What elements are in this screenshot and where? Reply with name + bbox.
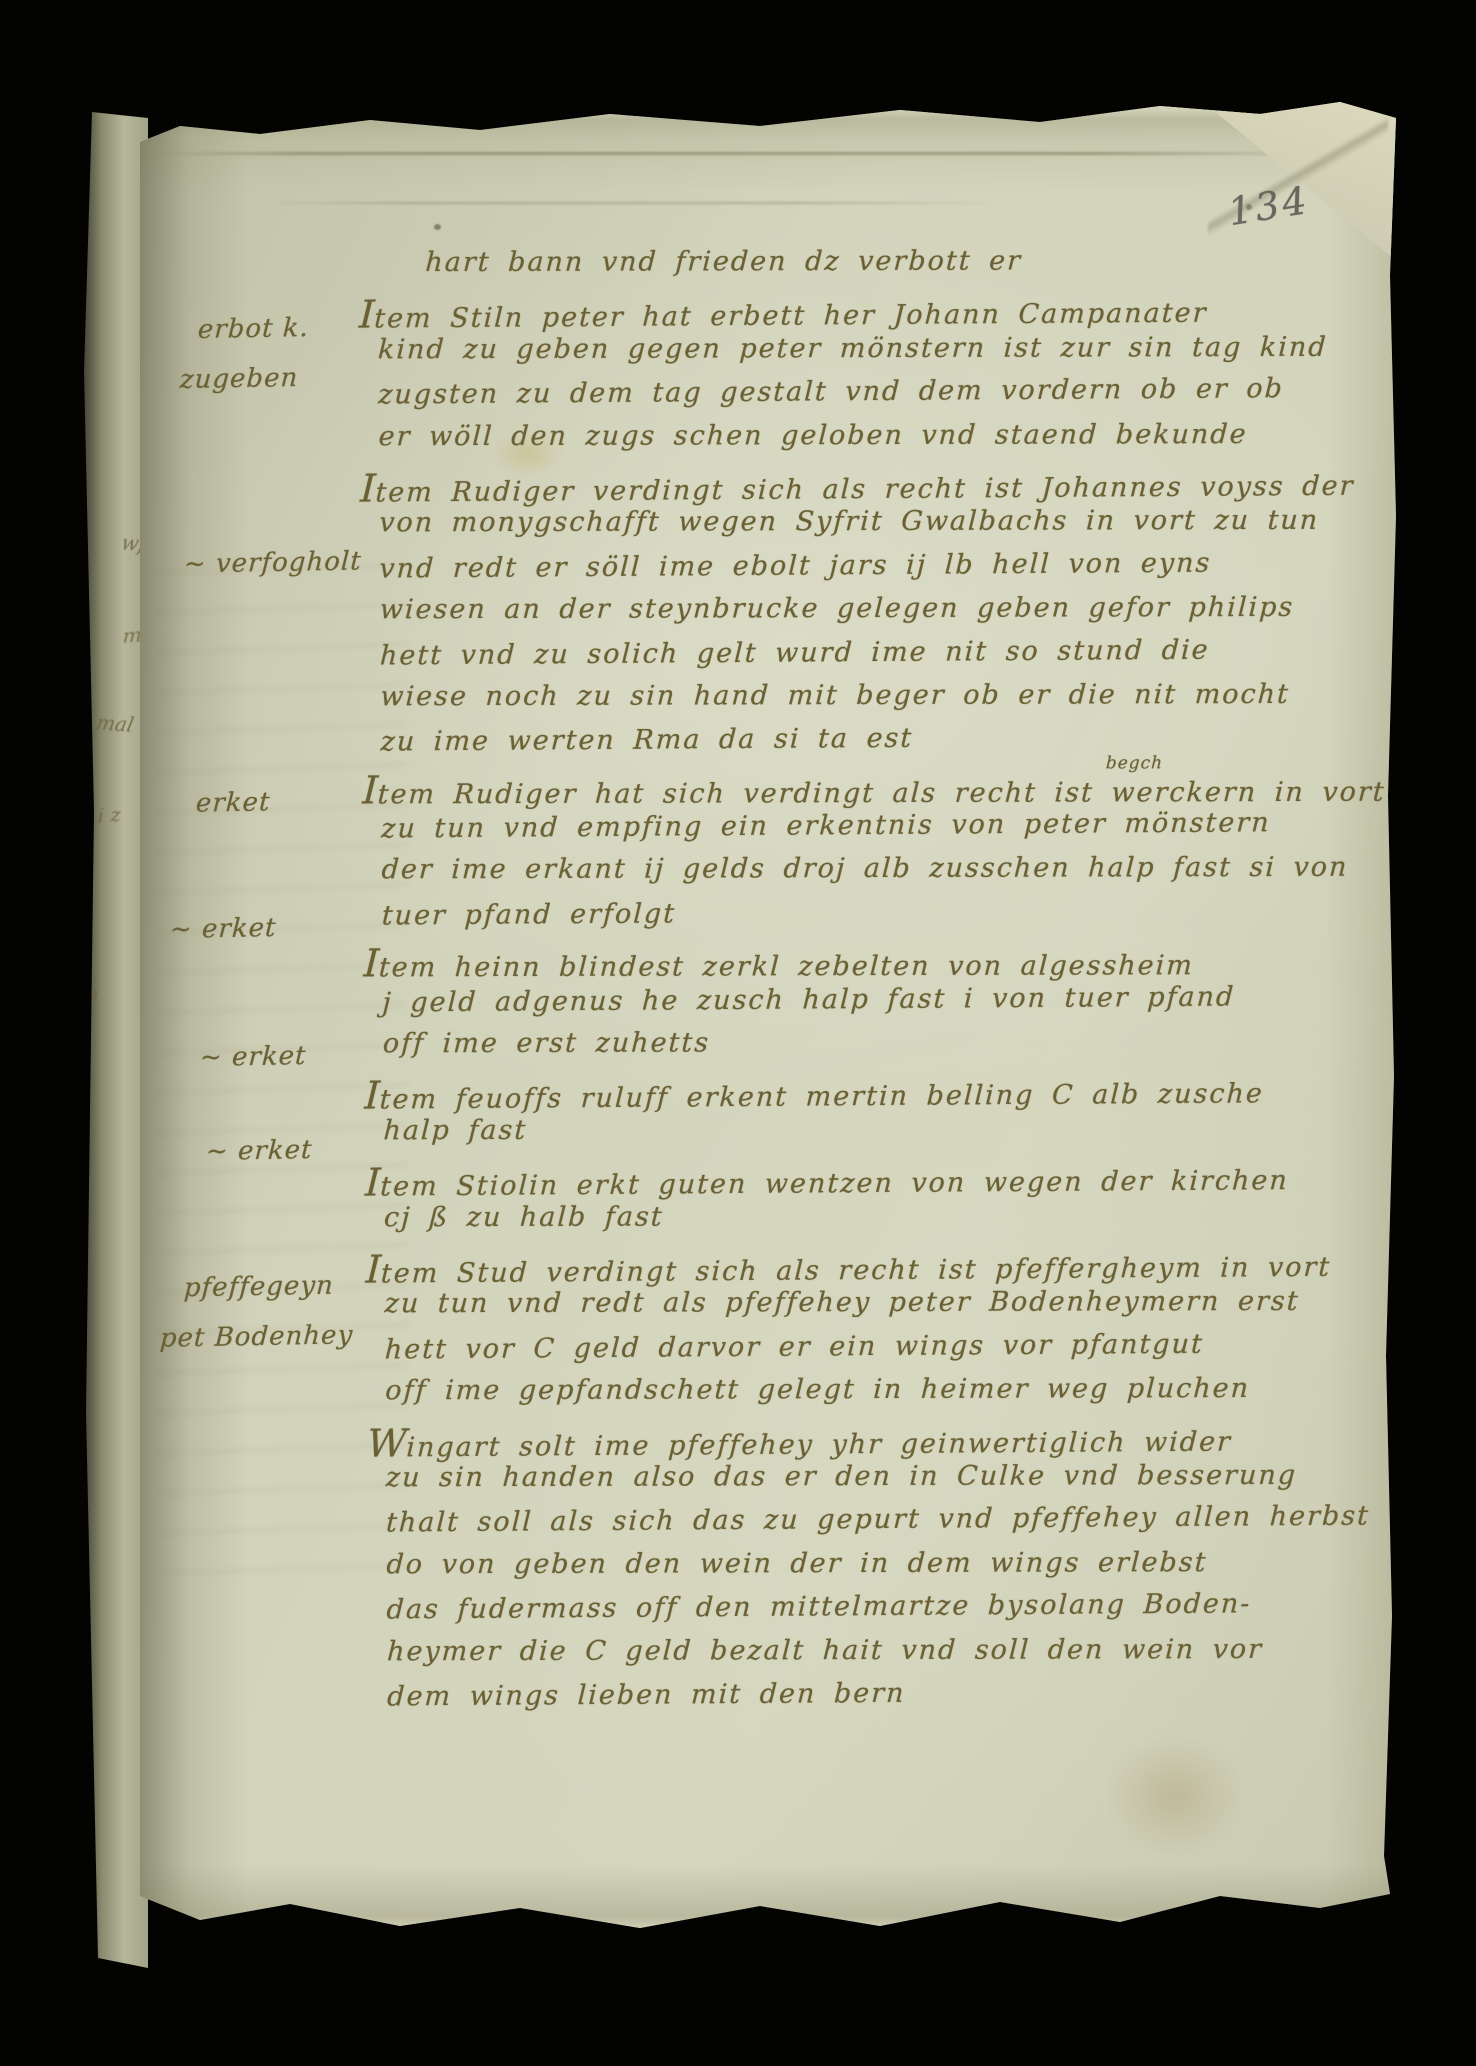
manuscript-line: wiese noch zu sin hand mit beger ob er d… bbox=[379, 679, 1381, 725]
previous-page-edge: ngsylzfwwffmwmali zfnbfzmljfnts bbox=[84, 112, 148, 1968]
manuscript-line: Item Rudiger hat sich verdingt als recht… bbox=[362, 765, 1382, 811]
margin-note: ~ erket bbox=[205, 1135, 313, 1167]
manuscript-line: Item heinn blindest zerkl zebelten von a… bbox=[363, 939, 1383, 985]
manuscript-line-text: do von geben den wein der in dem wings e… bbox=[386, 1547, 1209, 1580]
manuscript-line-text: zu tun vnd empfing ein erkentnis von pet… bbox=[381, 807, 1272, 844]
manuscript-line-text: Wingart solt ime pfeffehey yhr geinwerti… bbox=[366, 1426, 1232, 1463]
manuscript-line-text: halp fast bbox=[383, 1115, 528, 1146]
manuscript-line-text: kind zu geben gegen peter mönstern ist z… bbox=[377, 332, 1328, 365]
manuscript-line-text: Item Stiolin erkt guten wentzen von wege… bbox=[364, 1165, 1289, 1202]
manuscript-line: tuer pfand erfolgt bbox=[381, 893, 1383, 943]
spine-text-fragment: jf bbox=[18, 1250, 78, 1278]
manuscript-line: zu ime werten Rma da si ta est bbox=[379, 720, 1381, 770]
manuscript-line: do von geben den wein der in dem wings e… bbox=[385, 1546, 1387, 1592]
manuscript-line: zu tun vnd empfing ein erkentnis von pet… bbox=[380, 807, 1382, 857]
manuscript-line-text: das fudermass off den mittelmartze bysol… bbox=[386, 1589, 1252, 1626]
manuscript-line: kind zu geben gegen peter mönstern ist z… bbox=[377, 331, 1379, 377]
manuscript-line-text: er wöll den zugs schen geloben vnd staen… bbox=[378, 419, 1249, 452]
paper-crease bbox=[160, 152, 1336, 155]
margin-note: ~ verfogholt bbox=[183, 546, 362, 579]
spine-text-fragment: i z bbox=[97, 800, 141, 828]
margin-note: ~ erket bbox=[169, 913, 277, 945]
margin-note: erket bbox=[195, 787, 271, 818]
manuscript-line: heymer die C geld bezalt hait vnd soll d… bbox=[386, 1633, 1388, 1679]
manuscript-line: hart bann vnd frieden dz verbott er bbox=[424, 245, 1378, 291]
manuscript-page: 134 erbot k. zugeben ~ verfogholt erket … bbox=[140, 96, 1396, 1944]
manuscript-line-text: wiesen an der steynbrucke gelegen geben … bbox=[379, 592, 1295, 625]
manuscript-line: off ime erst zuhetts bbox=[381, 1026, 1383, 1072]
margin-note: zugeben bbox=[179, 363, 299, 395]
manuscript-line: Item Stiolin erkt guten wentzen von wege… bbox=[364, 1154, 1384, 1205]
bottom-edge-shading bbox=[140, 1864, 1396, 1944]
manuscript-line-text: hett vnd zu solich gelt wurd ime nit so … bbox=[379, 634, 1210, 671]
manuscript-line-text: Item heinn blindest zerkl zebelten von a… bbox=[363, 950, 1195, 983]
bottom-deckle-edge bbox=[140, 1916, 1396, 1944]
manuscript-line: Item feuoffs ruluff erkent mertin bellin… bbox=[364, 1067, 1384, 1118]
manuscript-line-text: wiese noch zu sin hand mit beger ob er d… bbox=[380, 679, 1291, 712]
paper-crease bbox=[260, 202, 996, 204]
manuscript-line-text: zu tun vnd redt als pfeffehey peter Bode… bbox=[384, 1286, 1300, 1319]
manuscript-line: das fudermass off den mittelmartze bysol… bbox=[385, 1588, 1387, 1638]
manuscript-line: von monygschafft wegen Syfrit Gwalbachs … bbox=[378, 505, 1380, 551]
manuscript-line-text: von monygschafft wegen Syfrit Gwalbachs … bbox=[378, 505, 1320, 538]
manuscript-line-text: Item Rudiger hat sich verdingt als recht… bbox=[362, 776, 1387, 810]
manuscript-line-text: tuer pfand erfolgt bbox=[381, 898, 677, 931]
manuscript-line-text: dem wings lieben mit den bern bbox=[387, 1678, 907, 1713]
manuscript-line-text: cj ß zu halb fast bbox=[383, 1201, 664, 1233]
manuscript-line: zu tun vnd redt als pfeffehey peter Bode… bbox=[383, 1286, 1385, 1332]
margin-note: pet Bodenhey bbox=[159, 1320, 354, 1353]
manuscript-line: cj ß zu halb fast bbox=[383, 1199, 1385, 1245]
spine-text-fragment: ml bbox=[46, 1160, 90, 1188]
interlinear-insertion: begch bbox=[1105, 753, 1163, 773]
manuscript-line-text: zu ime werten Rma da si ta est bbox=[380, 723, 914, 758]
manuscript-line-text: heymer die C geld bezalt hait vnd soll d… bbox=[386, 1633, 1264, 1666]
manuscript-line: halp fast bbox=[382, 1112, 1384, 1158]
manuscript-line: vnd redt er söll ime ebolt jars ij lb he… bbox=[378, 546, 1380, 596]
manuscript-photo: ngsylzfwwffmwmali zfnbfzmljfnts 134 erbo… bbox=[0, 0, 1476, 2066]
paper-stain bbox=[1104, 1736, 1244, 1856]
margin-note: pfeffegeyn bbox=[183, 1271, 334, 1304]
spine-text-fragment: nb bbox=[72, 980, 116, 1008]
manuscript-line: Item Stiln peter hat erbett her Johann C… bbox=[358, 286, 1378, 337]
spine-text-fragment: f bbox=[69, 890, 129, 918]
manuscript-line: thalt soll als sich das zu gepurt vnd pf… bbox=[385, 1501, 1387, 1551]
manuscript-line: off ime gepfandschett gelegt in heimer w… bbox=[384, 1373, 1386, 1419]
manuscript-line-text: j geld adgenus he zusch halp fast i von … bbox=[382, 981, 1236, 1018]
manuscript-line-text: Item Stud verdingt sich als recht ist pf… bbox=[365, 1252, 1332, 1290]
manuscript-line-text: vnd redt er söll ime ebolt jars ij lb he… bbox=[379, 547, 1212, 584]
manuscript-line-text: zu sin handen also das er den in Culke v… bbox=[385, 1460, 1298, 1493]
manuscript-line: er wöll den zugs schen geloben vnd staen… bbox=[377, 418, 1379, 464]
manuscript-line-text: hett vor C geld darvor er ein wings vor … bbox=[384, 1328, 1204, 1365]
manuscript-line: hett vnd zu solich gelt wurd ime nit so … bbox=[379, 633, 1381, 683]
manuscript-line: wiesen an der steynbrucke gelegen geben … bbox=[378, 592, 1380, 638]
manuscript-line-text: zugsten zu dem tag gestalt vnd dem vorde… bbox=[377, 373, 1284, 410]
manuscript-line: zu sin handen also das er den in Culke v… bbox=[385, 1460, 1387, 1506]
manuscript-line-text: off ime erst zuhetts bbox=[382, 1027, 711, 1059]
manuscript-line: j geld adgenus he zusch halp fast i von … bbox=[381, 980, 1383, 1030]
ink-speck bbox=[434, 224, 441, 230]
manuscript-line-text: Item Rudiger verdingt sich als recht ist… bbox=[360, 471, 1356, 509]
manuscript-line: zugsten zu dem tag gestalt vnd dem vorde… bbox=[377, 373, 1379, 423]
spine-text-fragment: nts bbox=[21, 1340, 65, 1368]
manuscript-line-text: hart bann vnd frieden dz verbott er bbox=[425, 245, 1023, 278]
manuscript-line-text: thalt soll als sich das zu gepurt vnd pf… bbox=[385, 1501, 1370, 1539]
spine-text-fragment: fz bbox=[44, 1070, 104, 1098]
manuscript-line-text: Item feuoffs ruluff erkent mertin bellin… bbox=[364, 1079, 1265, 1116]
margin-note: erbot k. bbox=[197, 313, 310, 345]
manuscript-line: Wingart solt ime pfeffehey yhr geinwerti… bbox=[366, 1414, 1386, 1465]
manuscript-line: Item Stud verdingt sich als recht ist pf… bbox=[365, 1240, 1385, 1291]
manuscript-line-text: der ime erkant ij gelds droj alb zussche… bbox=[381, 852, 1349, 886]
manuscript-line: Item Rudiger verdingt sich als recht ist… bbox=[360, 459, 1380, 510]
manuscript-line-text: Item Stiln peter hat erbett her Johann C… bbox=[358, 298, 1208, 335]
text-block: hart bann vnd frieden dz verbott erItem … bbox=[367, 242, 1387, 1724]
manuscript-line: dem wings lieben mit den bern bbox=[386, 1674, 1388, 1724]
margin-note: ~ erket bbox=[199, 1041, 307, 1073]
manuscript-line: der ime erkant ij gelds droj alb zussche… bbox=[380, 852, 1382, 898]
manuscript-line-text: off ime gepfandschett gelegt in heimer w… bbox=[385, 1373, 1251, 1406]
manuscript-line: hett vor C geld darvor er ein wings vor … bbox=[384, 1327, 1386, 1377]
